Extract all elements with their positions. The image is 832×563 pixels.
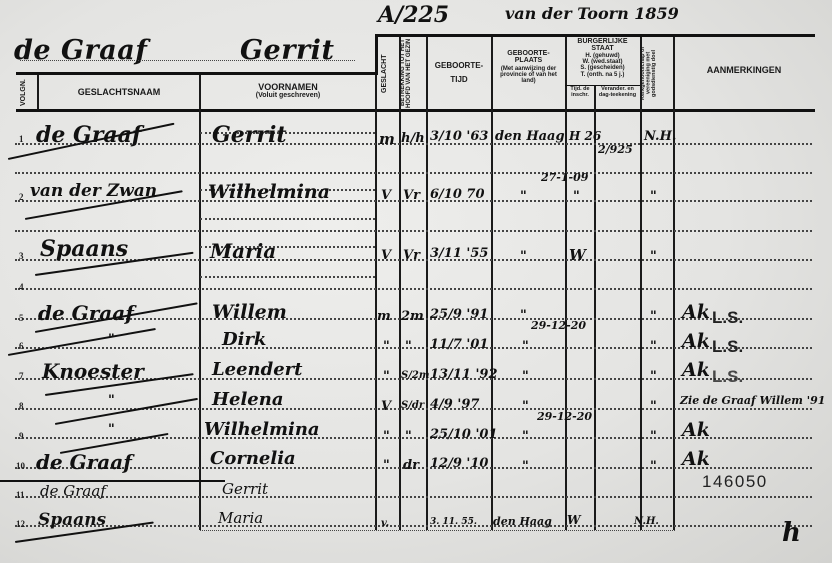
row-dotted-line	[15, 172, 812, 174]
church-cell: "	[650, 340, 657, 353]
header-sex: GESLACHT	[381, 48, 388, 100]
birthdate-cell: 3/10 '63	[430, 130, 488, 143]
sex-cell: V	[381, 400, 391, 413]
registry-number-stamp: 146050	[702, 472, 768, 492]
header-birthplace-line1: GEBOORTE-	[493, 50, 564, 57]
surname-cell: de Graaf	[36, 452, 132, 472]
sex-cell: V	[381, 249, 391, 262]
sex-cell: m	[379, 132, 395, 147]
sex-cell: "	[383, 340, 390, 353]
church-cell: "	[650, 370, 657, 383]
col-line-relation	[426, 37, 428, 530]
bottom-dotted-rule	[200, 530, 675, 531]
surname-cell: Spaans	[38, 512, 106, 529]
strike-line-heavy	[0, 480, 225, 482]
row-number: 1	[19, 134, 24, 144]
civil-time-cell: W	[567, 514, 580, 526]
row-number: 4	[19, 282, 24, 292]
firstname-cell: Wilhelmina	[204, 421, 320, 439]
church-cell: "	[650, 190, 657, 203]
firstname-cell: Gerrit	[222, 482, 268, 497]
header-birthdate-line2: TIJD	[428, 76, 490, 84]
birthplace-cell: "	[522, 340, 529, 353]
birthdate-cell: 3/11 '55	[430, 247, 488, 260]
church-cell: N.H.	[634, 517, 659, 527]
remarks-cell: Ak	[682, 450, 710, 469]
surname-cell: Knoester	[42, 361, 144, 381]
strike-line	[55, 398, 198, 425]
row-number: 11	[16, 490, 25, 500]
row-number: 3	[19, 251, 24, 261]
col-line-church	[673, 37, 675, 530]
birthdate-cell: 25/10 '01	[430, 428, 498, 441]
relation-cell: "	[405, 430, 412, 443]
birthdate-cell: 4/9 '97	[430, 398, 479, 411]
row-dotted-line	[200, 276, 375, 278]
row-dotted-line	[15, 496, 812, 498]
row-number: 9	[19, 431, 24, 441]
header-birthplace-line2: PLAATS	[493, 57, 564, 64]
civil-note: 27-1-09	[541, 172, 588, 183]
birthdate-cell: 12/9 '10	[430, 457, 488, 470]
header-firstnames: VOORNAMEN (Voluit geschreven)	[202, 83, 374, 100]
birthplace-cell: "	[522, 430, 529, 443]
remarks-cell: Ak	[682, 332, 710, 351]
strike-line	[8, 328, 156, 356]
relation-cell: dr	[403, 459, 419, 472]
sex-cell: v.	[381, 519, 389, 529]
header-church: Kerkgenootschap of vereeniging met godsd…	[641, 38, 672, 108]
birthdate-cell: 3. 11. 55.	[430, 518, 477, 527]
firstname-cell: Wilhelmina	[208, 183, 330, 202]
header-volgn: VOLGN.	[20, 78, 27, 108]
header-birthplace-sub: (Met aanwijzing der provincie of van het…	[493, 66, 564, 85]
remarks-cell: Zie de Graaf Willem '91	[680, 395, 825, 406]
birthdate-cell: 11/7 '01	[430, 338, 488, 351]
top-rule-left	[16, 72, 377, 75]
header-surname: GESLACHTSNAAM	[40, 88, 198, 97]
birthplace-cell: "	[520, 190, 527, 203]
relation-cell: S/2m	[401, 371, 429, 381]
birthplace-cell: den Haag	[495, 130, 565, 143]
row-dotted-line	[15, 230, 812, 232]
civil-note: 29-12-20	[531, 320, 586, 331]
relation-cell: "	[405, 340, 412, 353]
surname-cell: de Graaf	[38, 303, 134, 323]
civil-time-cell: W	[569, 248, 586, 263]
header-remarks: AANMERKINGEN	[676, 66, 812, 75]
sex-cell: m	[377, 310, 391, 323]
civil-note: 29-12-20	[537, 411, 592, 422]
relation-cell: Vr	[403, 249, 420, 262]
birthplace-cell: den Haag	[493, 516, 552, 527]
header-firstnames-sub: (Voluit geschreven)	[202, 92, 374, 99]
remarks-cell: Ak	[682, 361, 710, 380]
header-birthplace: GEBOORTE- PLAATS (Met aanwijzing der pro…	[493, 50, 564, 85]
col-line-birthdate	[491, 37, 493, 530]
top-rule-right	[375, 34, 815, 37]
firstname-cell: Dirk	[222, 331, 266, 349]
birthdate-cell: 13/11 '92	[430, 368, 498, 381]
header-civil-title: BURGERLIJKE STAAT	[566, 38, 639, 53]
ls-stamp: L.S.	[712, 308, 743, 328]
header-civil-time: Tijd. de inschr.	[566, 87, 594, 99]
corner-mark: h	[782, 520, 801, 546]
firstname-cell: Cornelia	[210, 450, 296, 468]
surname-cell: "	[108, 423, 115, 436]
header-civil-t: T. (onth. na 5 j.)	[566, 72, 639, 78]
row-number: 7	[19, 371, 24, 381]
civil-change-cell: 2/925	[598, 144, 633, 155]
reference-note: van der Toorn 1859	[505, 6, 679, 22]
col-line-civil-time	[594, 85, 596, 530]
birthplace-cell: "	[520, 309, 527, 322]
firstname-cell: Maria	[218, 511, 263, 526]
row-number: 6	[19, 341, 24, 351]
remarks-cell: Ak	[682, 303, 710, 322]
surname-cell: "	[108, 394, 115, 407]
birthplace-cell: "	[522, 460, 529, 473]
civil-time-cell: H 26	[569, 130, 601, 142]
firstname-cell: Willem	[212, 303, 287, 322]
remarks-cell: Ak	[682, 421, 710, 440]
col-line-civil-change	[640, 37, 642, 530]
row-number: 8	[19, 401, 24, 411]
surname-cell: Spaans	[40, 238, 128, 260]
header-civil-status: BURGERLIJKE STAAT H. (gehuwd) W. (wed.st…	[566, 38, 639, 78]
birthdate-cell: 25/9 '91	[430, 308, 488, 321]
relation-cell: h/h	[401, 132, 425, 145]
relation-cell: 2m	[401, 310, 424, 323]
sex-cell: "	[383, 459, 390, 472]
sex-cell: "	[383, 430, 390, 443]
header-birthdate-line1: GEBOORTE-	[428, 62, 490, 70]
row-number: 10	[16, 461, 25, 471]
sex-cell: V	[381, 189, 391, 202]
header-birthdate: GEBOORTE- TIJD	[428, 62, 490, 85]
church-cell: "	[650, 400, 657, 413]
col-line-sex	[399, 37, 401, 530]
church-cell: "	[650, 250, 657, 263]
birthplace-cell: "	[522, 400, 529, 413]
header-bottom-rule	[16, 109, 815, 112]
col-line-volgn	[37, 75, 39, 110]
firstname-cell: Gerrit	[212, 124, 287, 146]
ls-stamp: L.S.	[712, 367, 743, 387]
firstname-cell: Maria	[210, 241, 276, 261]
church-cell: "	[650, 310, 657, 323]
header-relation: BETREKKING TOT HET HOOFD VAN HET GEZIN	[400, 38, 425, 108]
header-civil-change: Verander. en dag-teekening	[596, 87, 639, 99]
row-number: 2	[19, 192, 24, 202]
col-line-birthplace	[565, 37, 567, 530]
top-rule-step	[375, 34, 378, 75]
birthplace-cell: "	[522, 370, 529, 383]
sex-cell: "	[383, 370, 390, 383]
church-cell: N.H.	[644, 130, 676, 143]
church-cell: "	[650, 430, 657, 443]
row-number: 5	[19, 313, 24, 323]
reference-number: A/225	[378, 4, 449, 26]
church-cell: "	[650, 460, 657, 473]
surname-cell: de Graaf	[40, 484, 106, 499]
birthplace-cell: "	[520, 250, 527, 263]
header-firstnames-title: VOORNAMEN	[202, 83, 374, 92]
row-dotted-line	[200, 218, 375, 220]
head-dotted-line	[20, 60, 355, 61]
birthdate-cell: 6/10 70	[430, 188, 485, 201]
ls-stamp: L.S.	[712, 337, 743, 357]
row-number: 12	[16, 519, 25, 529]
firstname-cell: Leendert	[212, 361, 302, 379]
firstname-cell: Helena	[212, 391, 284, 409]
registry-card: A/225 van der Toorn 1859 de Graaf Gerrit…	[0, 0, 832, 563]
relation-cell: Vr	[403, 189, 420, 202]
civil-time-cell: "	[573, 190, 580, 203]
row-dotted-line	[15, 288, 812, 290]
relation-cell: S/dr	[401, 401, 424, 411]
